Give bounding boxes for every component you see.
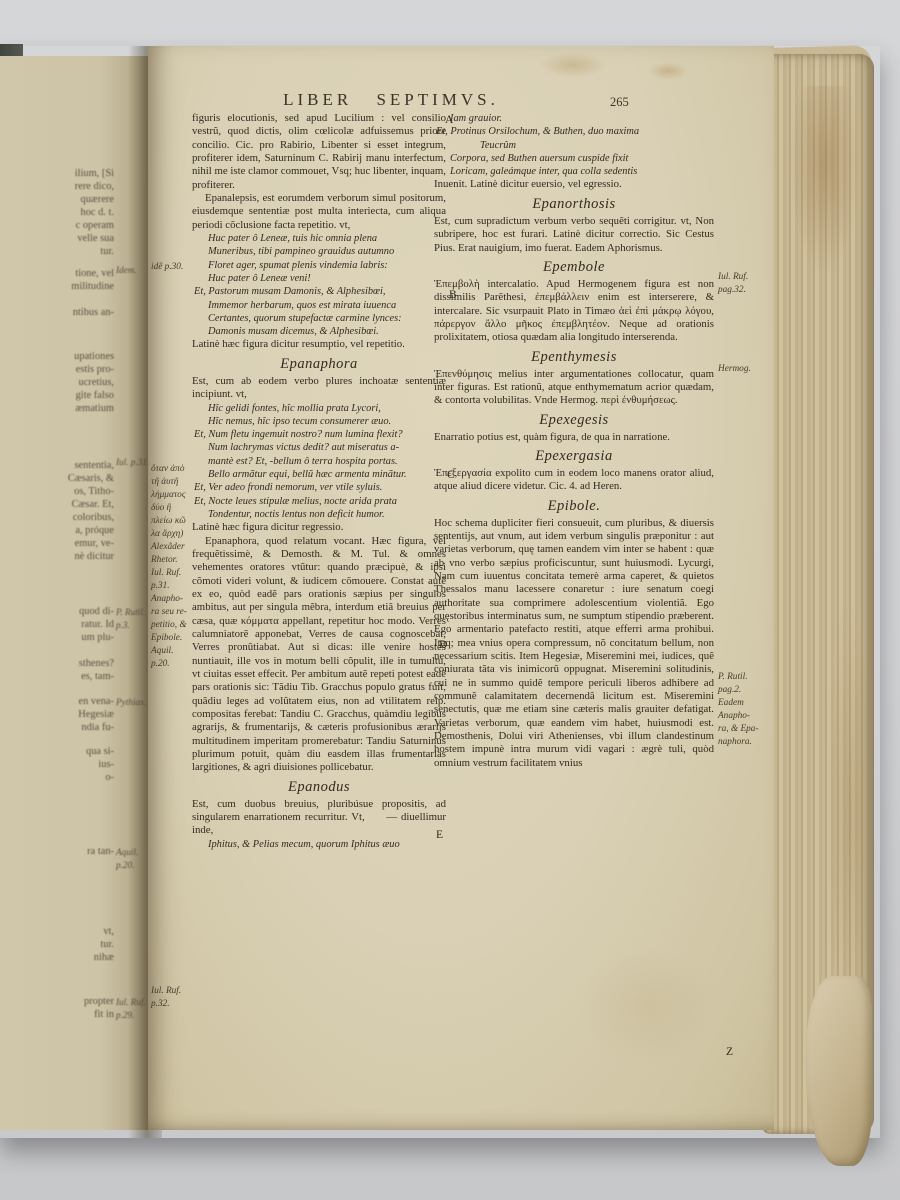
margin-note-line: Eadem: [718, 697, 774, 710]
stain: [578, 946, 718, 1066]
margin-note: Iul. Ruf.p.32.: [149, 985, 195, 1011]
section-heading: Epanaphora: [192, 356, 446, 373]
margin-note: idẽ p.30.: [149, 261, 195, 274]
facing-page-fragment: ratur. Id: [81, 619, 114, 631]
section-heading: Epenthymesis: [434, 349, 714, 366]
verse-line: Floret ager, spumat plenis vindemia labr…: [192, 259, 446, 272]
facing-page-fragment: coloribus,: [73, 512, 114, 524]
text-column-right: Iam grauior.Et, Protinus Orsilochum, & B…: [434, 112, 714, 770]
facing-page-fragment: rere dico,: [75, 181, 114, 193]
paragraph: Inuenit. Latinè dicitur euersio, vel egr…: [434, 178, 714, 191]
facing-page-fragment: a, próque: [75, 525, 114, 537]
facing-page-fragment: tione, vel: [75, 268, 114, 280]
section-heading: Epanodus: [192, 779, 446, 796]
paragraph: Est, cum duobus breuius, pluribúsue prop…: [192, 798, 446, 838]
facing-page-fragment: militudine: [71, 281, 114, 293]
paragraph: Est, cum supradictum verbum verbo sequẽt…: [434, 215, 714, 255]
facing-page-fragment: propter: [84, 996, 114, 1008]
margin-note-line: Rhetor.: [151, 554, 195, 567]
verse-line: Num lachrymas victus dedit? aut miseratu…: [192, 441, 446, 454]
facing-page-fragment: ucretius,: [79, 377, 115, 389]
verse-line: Certantes, quorum stupefactæ carmine lyn…: [192, 312, 446, 325]
book: ilium, [Sirere dico,quærerehoc d. t.c op…: [0, 46, 880, 1138]
section-heading: Epanorthosis: [434, 196, 714, 213]
text-column-left: figuris elocutionis, sed apud Lucilium :…: [192, 112, 446, 851]
verse-line: Et, Ver adeo frondi nemorum, ver vtile s…: [192, 481, 446, 494]
paragraph: Epanalepsis, est eorumdem verborum simul…: [192, 192, 446, 232]
margin-note-line: pag.32.: [718, 284, 774, 297]
facing-page-fragment: vt,: [103, 926, 114, 938]
margin-note-line: pag.2.: [718, 684, 774, 697]
verse-line: Damonis musam dicemus, & Alphesibœi.: [192, 325, 446, 338]
section-heading: Epexegesis: [434, 412, 714, 429]
verse-line: Huc pater ô Leneæ veni!: [192, 272, 446, 285]
margin-note-line: p.31.: [151, 580, 195, 593]
verse-line: Immemor herbarum, quos est mirata iuuenc…: [192, 299, 446, 312]
facing-page-fragment: quod di-: [79, 606, 114, 618]
margin-note-line: τῆ ἀυτῆ: [151, 476, 195, 489]
facing-page-fragment: es, tam-: [81, 671, 114, 683]
facing-page-fragment: gite falso: [76, 390, 114, 402]
paragraph: Epanaphora, quod relatum vocant. Hæc fig…: [192, 535, 446, 775]
facing-page-fragment: nihæ: [94, 952, 114, 964]
stain: [538, 52, 608, 78]
margin-note-line: p.20.: [151, 658, 195, 671]
verse-line: Hîc gelidi fontes, hîc mollia prata Lyco…: [192, 402, 446, 415]
verse-line: Hîc nemus, hîc ipso tecum consumerer æuo…: [192, 415, 446, 428]
paragraph: Enarratio potius est, quàm figura, de qu…: [434, 431, 714, 444]
facing-page-fragment: Cæsar. Et,: [72, 499, 114, 511]
margin-note-line: Hermog.: [718, 363, 774, 376]
facing-page-fragment: ius-: [98, 759, 114, 771]
margin-note-line: P. Rutil.: [718, 671, 774, 684]
photo-background: ilium, [Sirere dico,quærerehoc d. t.c op…: [0, 0, 900, 1200]
book-page: LIBER SEPTIMVS. 265 figuris elocutionis,…: [148, 46, 774, 1130]
facing-page-fragment: velle sua: [77, 233, 114, 245]
margin-note-line: Iul. Ruf.: [151, 985, 195, 998]
facing-page-fragment: sthenes?: [79, 658, 114, 670]
stain: [790, 86, 860, 276]
margin-note: Iul. Ruf.pag.32.: [718, 271, 774, 297]
facing-page-fragment: estis pro-: [76, 364, 114, 376]
facing-page-fragment: upationes: [74, 351, 114, 363]
margin-note-line: πλείω κῶ: [151, 515, 195, 528]
margin-note-line: Alexãder: [151, 541, 195, 554]
facing-page-fragment: Hegesiæ: [78, 709, 114, 721]
verse-line: Et, Nocte leues stipulæ melius, nocte ar…: [192, 495, 446, 508]
verse-line: Muneribus, tibi pampineo grauidus autumn…: [192, 245, 446, 258]
facing-page-fragment: P. Rutil.: [116, 606, 145, 618]
stain: [648, 62, 688, 80]
section-letter: A: [445, 114, 453, 126]
paragraph: Ἐπεξεργασία expolito cum in eodem loco m…: [434, 467, 714, 494]
verse-line: mantè est? Et, -bellum ô terra hospita p…: [192, 455, 446, 468]
facing-page-fragment: Pythias.: [116, 696, 146, 708]
paragraph: Hoc schema dupliciter fieri consueuit, c…: [434, 517, 714, 771]
margin-note-line: idẽ p.30.: [151, 261, 195, 274]
worn-page-corner: [806, 976, 872, 1166]
verse-line: Iam grauior.: [434, 112, 714, 125]
facing-page-text: ilium, [Sirere dico,quærerehoc d. t.c op…: [0, 101, 150, 1111]
signature-mark: Z: [726, 1046, 733, 1058]
stain: [828, 606, 872, 1026]
facing-page-fragment: fit in: [94, 1009, 114, 1021]
margin-note-line: Iul. Ruf.: [151, 567, 195, 580]
facing-page-fragment: ilium, [Si: [75, 168, 114, 180]
facing-page-fragment: qua si-: [86, 746, 114, 758]
margin-note-line: p.32.: [151, 998, 195, 1011]
margin-note: ὅταν ἀπὸτῆ ἀυτῆλήμματοςδύο ἢπλείω κῶλα ἄ…: [149, 463, 195, 671]
facing-page-fragment: nè dicitur: [74, 551, 114, 563]
section-letter: C: [447, 469, 455, 481]
section-letter: D: [439, 639, 447, 651]
margin-note-line: Iul. Ruf.: [718, 271, 774, 284]
verse-line: Tondentur, noctis lentus non deficit hum…: [192, 508, 446, 521]
facing-page-fragment: Cæsaris, &: [68, 473, 114, 485]
section-letter: E: [436, 829, 443, 841]
facing-page-fragment: quærere: [81, 194, 114, 206]
facing-page-fragment: c operam: [76, 220, 114, 232]
facing-page-fragment: tur.: [100, 939, 114, 951]
section-heading: Epembole: [434, 259, 714, 276]
paragraph: Ἐπεμβολὴ intercalatio. Apud Hermogenem f…: [434, 278, 714, 345]
verse-line: Iphitus, & Pelias mecum, quorum Iphitus …: [192, 838, 446, 851]
section-letter: B: [449, 289, 457, 301]
verse-line: Et, Pastorum musam Damonis, & Alphesibœi…: [192, 285, 446, 298]
facing-page-fragment: tur.: [100, 246, 114, 258]
facing-page-fragment: ntibus an-: [73, 307, 114, 319]
margin-note-line: ra seu re-: [151, 606, 195, 619]
facing-page-fragment: Iul. p.31.: [116, 456, 149, 468]
facing-page-fragment: æmatium: [75, 403, 114, 415]
margin-note-line: Epibole.: [151, 632, 195, 645]
margin-note: P. Rutil.pag.2.EademAnapho-ra, & Epa-nap…: [718, 671, 774, 749]
paragraph: figuris elocutionis, sed apud Lucilium :…: [192, 112, 446, 192]
margin-note-line: λα ἄρχη): [151, 528, 195, 541]
facing-page-fragment: en vena-: [79, 696, 114, 708]
page-title: LIBER SEPTIMVS.: [236, 90, 546, 110]
verse-line: Et, Num fletu ingemuit nostro? num lumin…: [192, 428, 446, 441]
paragraph: Est, cum ab eodem verbo plures inchoatæ …: [192, 375, 446, 402]
facing-page-fragment: emur, ve-: [75, 538, 114, 550]
paragraph: Latinè hæc figura dicitur resumptio, vel…: [192, 338, 446, 351]
margin-note-line: Aquil.: [151, 645, 195, 658]
paragraph: Ἐπενθύμησις melius inter argumentationes…: [434, 368, 714, 408]
verse-line: Teucrûm: [434, 139, 714, 152]
verse-line: Loricam, galeámque inter, qua colla sede…: [434, 165, 714, 178]
verse-line: Et, Protinus Orsilochum, & Buthen, duo m…: [434, 125, 714, 138]
verse-line: Bello armãtur equi, bellũ hæc armenta mi…: [192, 468, 446, 481]
margin-note-line: ὅταν ἀπὸ: [151, 463, 195, 476]
facing-page-fragment: ndia fu-: [81, 722, 114, 734]
facing-page-fragment: o-: [105, 772, 114, 784]
verse-line: Corpora, sed Buthen auersum cuspide fixi…: [434, 152, 714, 165]
paragraph: Latinè hæc figura dicitur regressio.: [192, 521, 446, 534]
margin-note-line: λήμματος: [151, 489, 195, 502]
facing-page-fragment: hoc d. t.: [81, 207, 114, 219]
page-number: 265: [610, 95, 629, 110]
margin-note-line: ra, & Epa-: [718, 723, 774, 736]
facing-page-fragment: ra tan-: [87, 846, 114, 858]
facing-page-fragment: Iul. Ruf.: [116, 996, 146, 1008]
facing-page-fragment: p.29.: [116, 1009, 134, 1021]
margin-note-line: naphora.: [718, 736, 774, 749]
margin-note-line: Anapho-: [718, 710, 774, 723]
section-heading: Epibole.: [434, 498, 714, 515]
facing-page-fragment: p.20.: [116, 859, 134, 871]
margin-note: Hermog.: [718, 363, 774, 376]
facing-page-fragment: Aquil.: [116, 846, 138, 858]
margin-note-line: δύο ἢ: [151, 502, 195, 515]
margin-note-line: Anapho-: [151, 593, 195, 606]
verse-line: Huc pater ô Leneæ, tuis hic omnia plena: [192, 232, 446, 245]
facing-page-fragment: um plu-: [81, 632, 114, 644]
facing-page-fragment: sententia,: [74, 460, 114, 472]
section-heading: Epexergasia: [434, 448, 714, 465]
facing-page-fragment: os, Titho-: [74, 486, 114, 498]
facing-page-fragment: Idem.: [116, 264, 137, 276]
facing-page-fragment: p.3.: [116, 619, 130, 631]
margin-note-line: petitio, &: [151, 619, 195, 632]
